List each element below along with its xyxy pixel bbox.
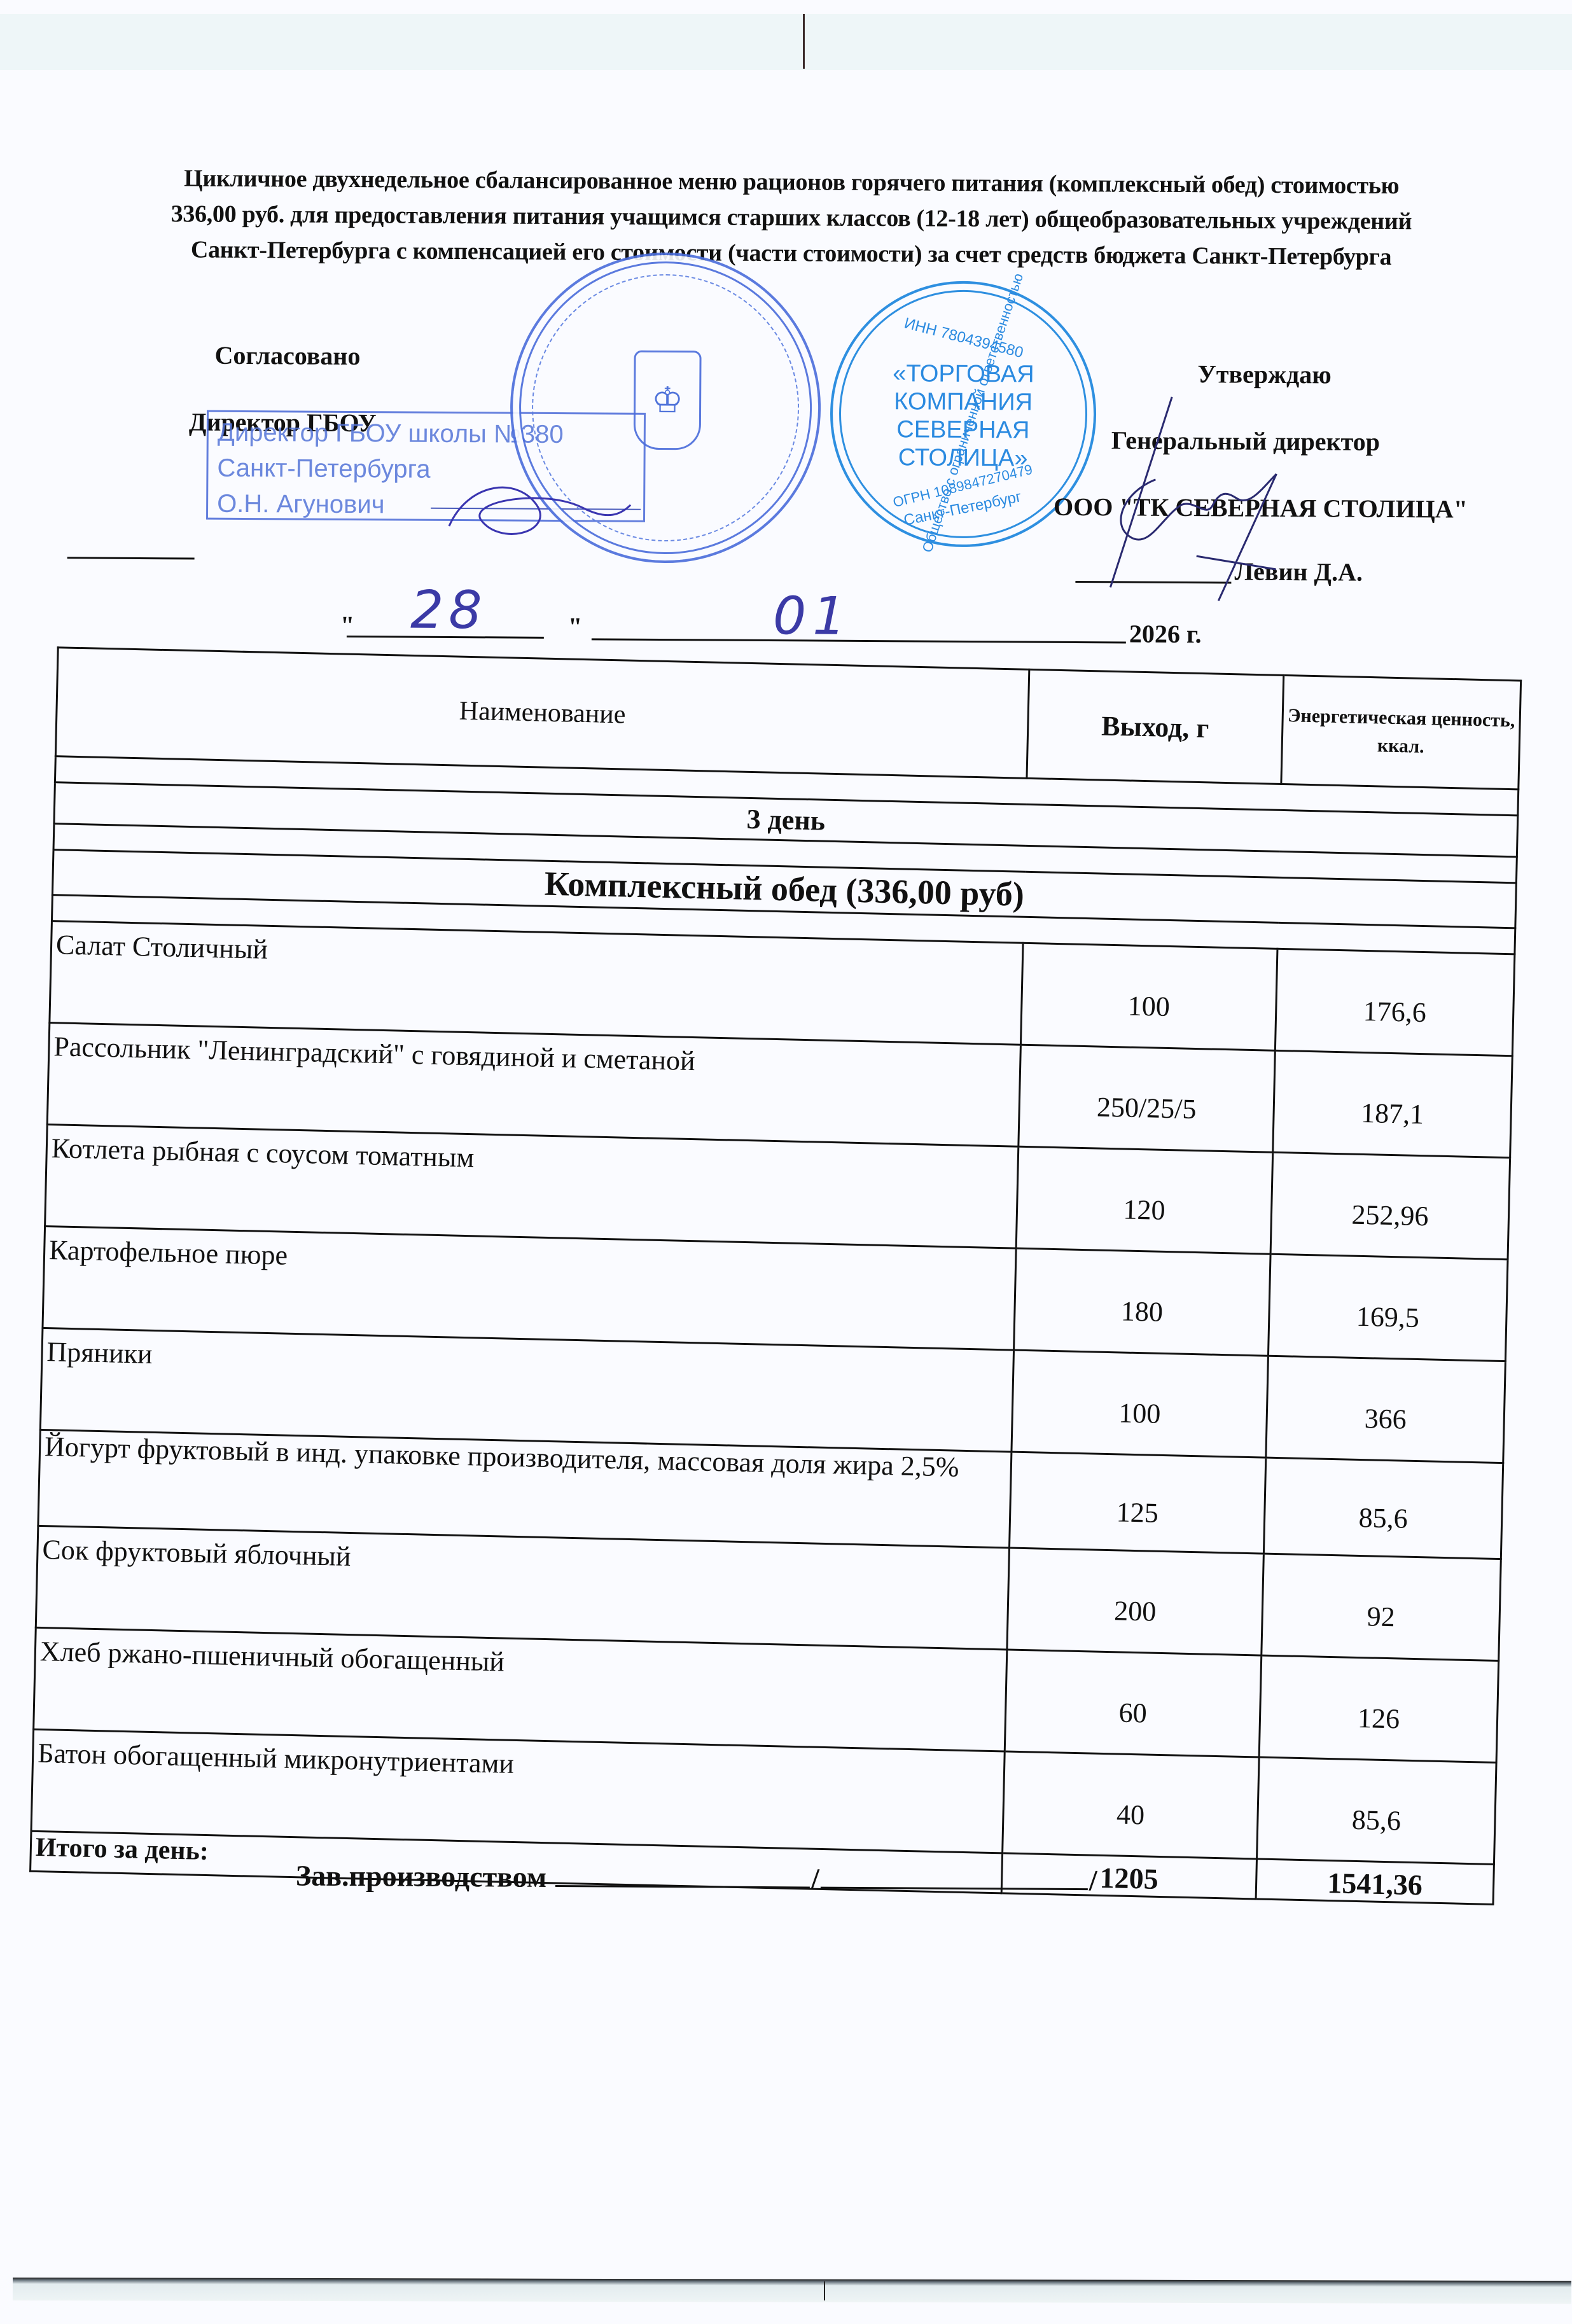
scan-artifact-line (824, 2281, 825, 2300)
date-year: 2026 г. (1129, 618, 1202, 649)
dish-yield: 250/25/5 (1019, 1045, 1276, 1152)
general-director-signature (1085, 390, 1315, 604)
scan-bottom-edge (13, 2278, 1571, 2304)
dish-energy: 85,6 (1263, 1458, 1503, 1559)
stamp-text-line: СЕВЕРНАЯ (833, 415, 1094, 445)
signature-line (555, 1860, 810, 1888)
dish-yield: 125 (1010, 1452, 1266, 1554)
dish-yield: 200 (1007, 1548, 1264, 1655)
dish-yield: 100 (1020, 943, 1277, 1050)
production-manager-signature-block: Зав.производством// (296, 1858, 1250, 1898)
approval-date: " 28 " 01 2026 г. (334, 592, 1289, 655)
agreed-label: Согласовано (214, 340, 360, 371)
dish-yield: 60 (1005, 1650, 1262, 1757)
date-quote-close: " (568, 611, 583, 641)
dish-energy: 169,5 (1268, 1254, 1508, 1361)
header-name: Наименование (55, 648, 1029, 779)
header-yield: Выход, г (1027, 669, 1284, 784)
total-energy: 1541,36 (1256, 1859, 1494, 1904)
approval-agreed-block: Согласовано Директор ГБОУ (69, 339, 514, 342)
dish-yield: 40 (1003, 1751, 1260, 1859)
dish-yield: 100 (1012, 1350, 1269, 1458)
document-page: Цикличное двухнедельное сбалансированное… (0, 0, 1572, 2324)
dish-energy: 176,6 (1275, 949, 1515, 1055)
dish-yield: 180 (1014, 1248, 1271, 1356)
stamp-text-line: КОМПАНИЯ (833, 387, 1094, 417)
coat-of-arms-icon: ♔ (634, 351, 702, 450)
dish-energy: 252,96 (1270, 1152, 1510, 1259)
signature-line (67, 557, 195, 559)
date-month-handwritten: 01 (773, 586, 852, 647)
dish-energy: 92 (1262, 1554, 1501, 1660)
approve-label: Утверждаю (1197, 359, 1332, 389)
header-energy: Энергетическая ценность, ккал. (1281, 675, 1521, 789)
separator: / (1089, 1863, 1097, 1897)
date-day-handwritten: 28 (410, 580, 487, 641)
dish-yield: 120 (1016, 1146, 1273, 1254)
director-signature (443, 469, 634, 556)
dish-energy: 85,6 (1257, 1757, 1497, 1864)
approval-approved-block: Утверждаю Генеральный директор ООО "ТК С… (1055, 345, 1538, 349)
dish-energy: 366 (1266, 1356, 1506, 1463)
date-month-line (592, 638, 1126, 643)
menu-table: Наименование Выход, г Энергетическая цен… (29, 646, 1522, 1905)
document-title: Цикличное двухнедельное сбалансированное… (43, 160, 1539, 275)
separator: / (811, 1861, 819, 1895)
dish-energy: 187,1 (1273, 1050, 1513, 1157)
name-line (821, 1861, 1088, 1891)
production-manager-label: Зав.производством (296, 1860, 546, 1893)
stamp-text-line: «ТОРГОВАЯ (833, 359, 1094, 389)
dish-energy: 126 (1259, 1655, 1499, 1762)
